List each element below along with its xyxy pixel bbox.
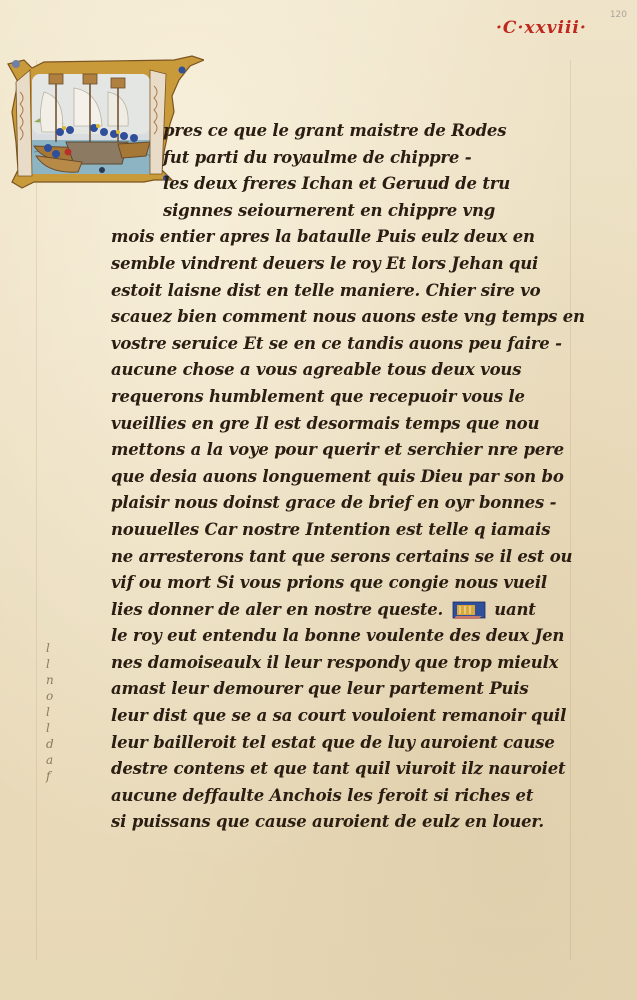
- ruling-line: [36, 60, 37, 960]
- rubric-chapter-heading: ·C·xxviii·: [496, 18, 587, 38]
- ghost-letter: l: [46, 656, 60, 672]
- text-segment: lies donner de aler en nostre queste.: [111, 600, 443, 619]
- text-line: mettons a la voye pour querir et serchie…: [111, 437, 523, 464]
- ghost-letter: l: [46, 640, 60, 656]
- text-line: leur dist que se a sa court vouloient re…: [111, 703, 523, 730]
- ghost-letter: f: [46, 768, 60, 784]
- minor-initial-q: [452, 600, 486, 620]
- text-line: ne arresterons tant que serons certains …: [111, 544, 523, 571]
- text-line: destre contens et que tant quil viuroit …: [111, 756, 523, 783]
- text-line: pres ce que le grant maistre de Rodes: [163, 118, 523, 145]
- manuscript-page: 120 ·C·xxviii·: [0, 0, 637, 1000]
- text-line: estoit laisne dist en telle maniere. Chi…: [111, 278, 523, 305]
- verso-show-through: l l n o l l d a f: [46, 640, 60, 784]
- text-line: que desia auons longuement quis Dieu par…: [111, 464, 523, 491]
- text-line: vueillies en gre Il est desormais temps …: [111, 411, 523, 438]
- text-line: plaisir nous doinst grace de brief en oy…: [111, 490, 523, 517]
- text-line: nes damoiseaulx il leur respondy que tro…: [111, 650, 523, 677]
- text-line: mois entier apres la bataulle Puis eulz …: [111, 224, 523, 251]
- text-line: aucune deffaulte Anchois les feroit si r…: [111, 783, 523, 810]
- text-line: si puissans que cause auroient de eulz e…: [111, 809, 523, 836]
- text-line: leur bailleroit tel estat que de luy aur…: [111, 730, 523, 757]
- text-line: vif ou mort Si vous prions que congie no…: [111, 570, 523, 597]
- text-line: scauez bien comment nous auons este vng …: [111, 304, 523, 331]
- ghost-letter: n: [46, 672, 60, 688]
- ghost-letter: a: [46, 752, 60, 768]
- text-line: fut parti du royaulme de chippre -: [163, 145, 523, 172]
- text-line: signnes seiournerent en chippre vng: [163, 198, 523, 225]
- text-line-with-initial: lies donner de aler en nostre queste. ua…: [111, 597, 523, 624]
- folio-number: 120: [610, 10, 627, 20]
- text-line: les deux freres Ichan et Geruud de tru: [163, 171, 523, 198]
- text-line: requerons humblement que recepuoir vous …: [111, 384, 523, 411]
- ghost-letter: l: [46, 720, 60, 736]
- ruling-line: [570, 60, 571, 960]
- text-line: semble vindrent deuers le roy Et lors Je…: [111, 251, 523, 278]
- text-line: vostre seruice Et se en ce tandis auons …: [111, 331, 523, 358]
- ghost-letter: o: [46, 688, 60, 704]
- ghost-letter: d: [46, 736, 60, 752]
- ghost-letter: l: [46, 704, 60, 720]
- text-line: aucune chose a vous agreable tous deux v…: [111, 357, 523, 384]
- main-text-block: pres ce que le grant maistre de Rodes fu…: [163, 118, 523, 836]
- text-line: nouuelles Car nostre Intention est telle…: [111, 517, 523, 544]
- text-line: le roy eut entendu la bonne voulente des…: [111, 623, 523, 650]
- text-segment: uant: [494, 600, 536, 619]
- text-line: amast leur demourer que leur partement P…: [111, 676, 523, 703]
